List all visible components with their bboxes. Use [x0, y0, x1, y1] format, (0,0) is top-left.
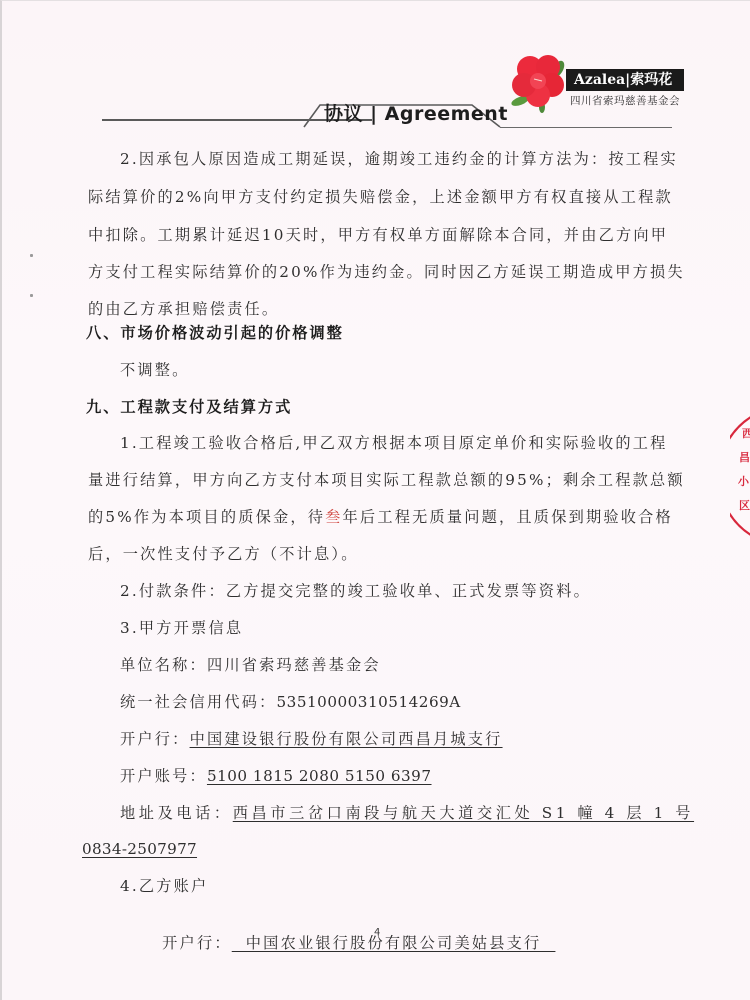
- clause-line: 量进行结算，甲方向乙方支付本项目实际工程款总额的95%；剩余工程款总额: [88, 470, 685, 490]
- phone-row: 0834-2507977: [82, 839, 197, 859]
- account-row: 开户账号：5100 1815 2080 5150 6397: [120, 766, 432, 786]
- address-label: 地址及电话：: [120, 804, 233, 822]
- clause-line: 际结算价的2%向甲方支付约定损失赔偿金，上述金额甲方有权直接从工程款: [88, 187, 673, 207]
- party-b-bank-row: 开户行： 中国农业银行股份有限公司美姑县支行: [120, 913, 555, 973]
- document-page: 协议 | Agreement Azalea|索玛花 四川省索玛慈善基金会 2.因…: [0, 0, 750, 1000]
- handwritten-correction: 叁: [325, 508, 342, 526]
- clause-text: 的5%作为本项目的质保金，待: [88, 508, 325, 526]
- logo-subtitle: 四川省索玛慈善基金会: [570, 93, 680, 108]
- clause-line: 中扣除。工期累计延迟10天时，甲方有权单方面解除本合同，并由乙方向甲: [88, 225, 668, 245]
- svg-text:西: 西: [742, 426, 750, 440]
- clause-line: 的由乙方承担赔偿责任。: [88, 299, 279, 319]
- address-row: 地址及电话：西昌市三岔口南段与航天大道交汇处 S1 幢 4 层 1 号: [120, 803, 694, 823]
- section-heading-9: 九、工程款支付及结算方式: [86, 397, 292, 417]
- page-header: 协议 | Agreement Azalea|索玛花 四川省索玛慈善基金会: [2, 1, 750, 131]
- azalea-flower-icon: [508, 51, 570, 113]
- logo-brand-text: Azalea|索玛花: [566, 69, 684, 91]
- svg-text:昌: 昌: [739, 450, 750, 464]
- svg-text:小: 小: [738, 474, 750, 488]
- unit-name-value: 四川省索玛慈善基金会: [207, 656, 381, 674]
- bank-value: 中国建设银行股份有限公司西昌月城支行: [190, 730, 503, 748]
- section-heading-8: 八、市场价格波动引起的价格调整: [86, 323, 344, 343]
- foundation-logo: Azalea|索玛花 四川省索玛慈善基金会: [508, 51, 698, 113]
- phone-value: 0834-2507977: [82, 840, 197, 858]
- credit-code-row: 统一社会信用代码：53510000310514269A: [120, 692, 461, 712]
- clause-line: 1.工程竣工验收合格后,甲乙双方根据本项目原定单价和实际验收的工程: [120, 433, 668, 453]
- address-value: 西昌市三岔口南段与航天大道交汇处 S1 幢 4 层 1 号: [233, 804, 694, 822]
- clause-line: 方支付工程实际结算价的20%作为违约金。同时因乙方延误工期造成甲方损失: [88, 262, 685, 282]
- unit-name-label: 单位名称：: [120, 656, 207, 674]
- payment-conditions: 2.付款条件：乙方提交完整的竣工验收单、正式发票等资料。: [120, 581, 591, 601]
- header-rule-right: [500, 127, 672, 128]
- section-8-text: 不调整。: [120, 360, 190, 380]
- clause-line: 2.因承包人原因造成工期延误，逾期竣工违约金的计算方法为：按工程实: [120, 149, 678, 169]
- red-seal-stamp-fragment: 西 昌 小 区: [730, 411, 750, 541]
- clause-text: 年后工程无质量问题，且质保到期验收合格: [343, 508, 673, 526]
- party-b-bank-value: 中国农业银行股份有限公司美姑县支行: [232, 934, 556, 952]
- bank-label: 开户行：: [120, 730, 190, 748]
- party-b-account-heading: 4.乙方账户: [120, 876, 208, 896]
- scan-mark: [30, 294, 33, 297]
- unit-name-row: 单位名称：四川省索玛慈善基金会: [120, 655, 381, 675]
- account-value: 5100 1815 2080 5150 6397: [207, 767, 432, 785]
- page-number: 4: [374, 927, 380, 938]
- scan-mark: [30, 254, 33, 257]
- clause-line: 后，一次性支付予乙方（不计息）。: [88, 544, 359, 564]
- invoice-info-heading: 3.甲方开票信息: [120, 618, 243, 638]
- header-title: 协议 | Agreement: [324, 99, 508, 126]
- party-b-bank-label: 开户行：: [162, 934, 232, 952]
- credit-code-label: 统一社会信用代码：: [120, 693, 277, 711]
- credit-code-value: 53510000310514269A: [277, 693, 461, 711]
- clause-line: 的5%作为本项目的质保金，待叁年后工程无质量问题，且质保到期验收合格: [88, 507, 673, 527]
- account-label: 开户账号：: [120, 767, 207, 785]
- svg-text:区: 区: [739, 498, 750, 512]
- bank-row: 开户行：中国建设银行股份有限公司西昌月城支行: [120, 729, 503, 749]
